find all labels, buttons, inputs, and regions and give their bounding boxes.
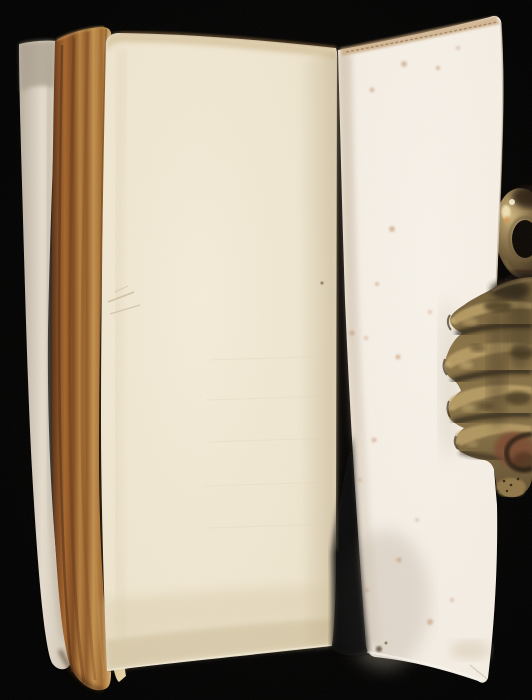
film-grain-overlay <box>0 0 532 700</box>
photo-antique-book <box>0 0 532 700</box>
